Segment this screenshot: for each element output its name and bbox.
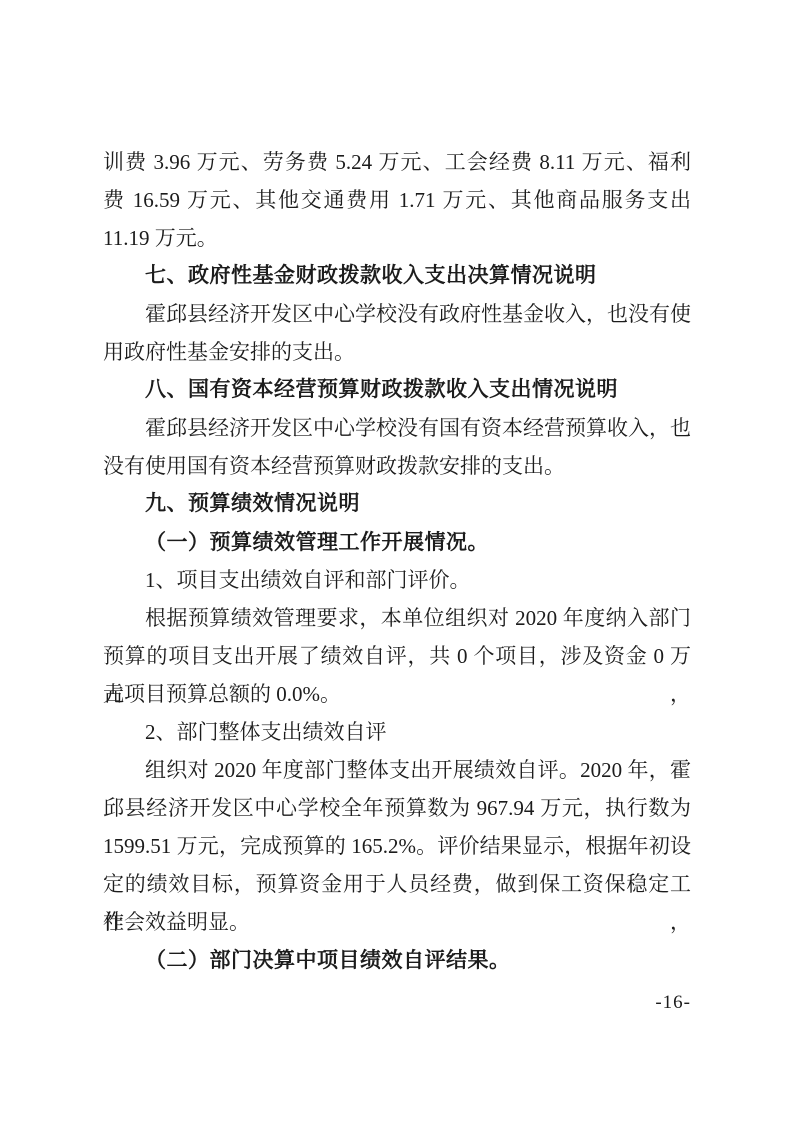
document-page: 训费 3.96 万元、劳务费 5.24 万元、工会经费 8.11 万元、福利 费… (0, 0, 793, 1122)
page-number: -16- (103, 993, 691, 1013)
text-line: 用政府性基金安排的支出。 (103, 333, 691, 371)
text-line: 11.19 万元。 (103, 219, 691, 257)
item-heading-2: 2、部门整体支出绩效自评 (103, 713, 691, 751)
text-line: 训费 3.96 万元、劳务费 5.24 万元、工会经费 8.11 万元、福利 (103, 143, 691, 181)
section-heading-9: 九、预算绩效情况说明 (103, 485, 691, 523)
text-line: 组织对 2020 年度部门整体支出开展绩效自评。2020 年，霍 (103, 751, 691, 789)
text-line: 邱县经济开发区中心学校全年预算数为 967.94 万元，执行数为 (103, 789, 691, 827)
text-line: 霍邱县经济开发区中心学校没有国有资本经营预算收入，也 (103, 409, 691, 447)
text-line: 预算的项目支出开展了绩效自评，共 0 个项目，涉及资金 0 万元， (103, 637, 691, 675)
text-line: 费 16.59 万元、其他交通费用 1.71 万元、其他商品服务支出 (103, 181, 691, 219)
subsection-heading-2: （二）部门决算中项目绩效自评结果。 (103, 941, 691, 979)
item-heading-1: 1、项目支出绩效自评和部门评价。 (103, 561, 691, 599)
subsection-heading-1: （一）预算绩效管理工作开展情况。 (103, 523, 691, 561)
section-heading-7: 七、政府性基金财政拨款收入支出决算情况说明 (103, 257, 691, 295)
text-line: 定的绩效目标，预算资金用于人员经费，做到保工资保稳定工作， (103, 865, 691, 903)
text-line: 1599.51 万元，完成预算的 165.2%。评价结果显示，根据年初设 (103, 827, 691, 865)
document-body: 训费 3.96 万元、劳务费 5.24 万元、工会经费 8.11 万元、福利 费… (103, 143, 691, 1013)
section-heading-8: 八、国有资本经营预算财政拨款收入支出情况说明 (103, 371, 691, 409)
text-line: 霍邱县经济开发区中心学校没有政府性基金收入，也没有使 (103, 295, 691, 333)
text-line: 没有使用国有资本经营预算财政拨款安排的支出。 (103, 447, 691, 485)
text-line: 根据预算绩效管理要求，本单位组织对 2020 年度纳入部门 (103, 599, 691, 637)
